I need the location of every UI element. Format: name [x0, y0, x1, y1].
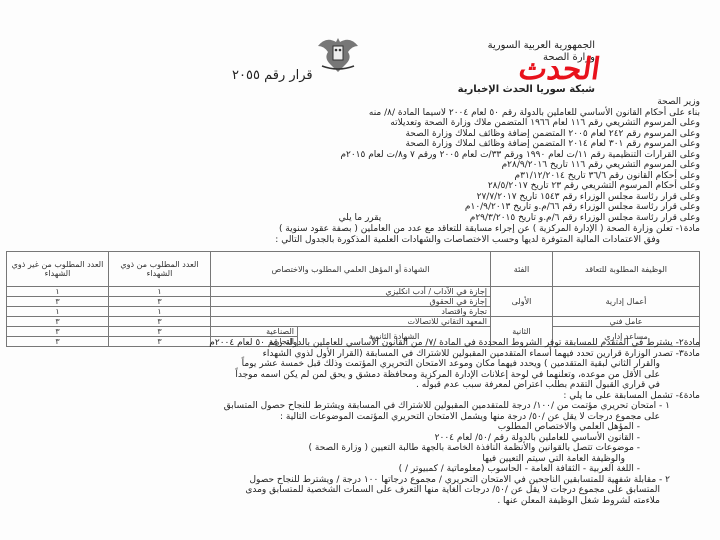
- cell-martyrs: ١: [109, 287, 211, 297]
- cell-job: عامل فني: [553, 317, 700, 327]
- article-line: المتسابق على مجموع درجات لا يقل عن /٥٠/ …: [20, 485, 700, 496]
- article-1: مادة١- تعلن وزارة الصحة ( الإدارة المركز…: [20, 224, 700, 245]
- cell-qualification: إجازة في الحقوق: [211, 297, 491, 307]
- cell-non-martyrs: ١: [7, 287, 109, 297]
- country-name: الجمهورية العربية السورية: [488, 40, 595, 52]
- header-martyrs: العدد المطلوب من ذوي الشهداء: [109, 252, 211, 287]
- article-line: على الأقل من موعده، وتعلنهما في لوحة إعل…: [20, 370, 700, 381]
- cell-non-martyrs: ١: [7, 307, 109, 317]
- cell-martyrs: ٣: [109, 317, 211, 327]
- preamble: وزير الصحة بناء على أحكام القانون الأساس…: [20, 97, 700, 223]
- decree-label: قرار رقم: [264, 68, 313, 83]
- table-row: مساعد إداري الشهادة الثانوية الصناعية ٣ …: [7, 327, 700, 337]
- decree-document: الجمهورية العربية السورية وزارة الصحة ال…: [0, 0, 720, 540]
- preamble-line: وزير الصحة: [20, 97, 700, 108]
- cell-non-martyrs: ٣: [7, 327, 109, 337]
- cell-job: أعمال إدارية: [553, 287, 700, 317]
- header-job: الوظيفة المطلوبة للتعاقد: [553, 252, 700, 287]
- article-line: مادة٤- تشمل المسابقة على ما يلي :: [20, 391, 700, 402]
- preamble-line: وعلى قرار رئاسة مجلس الوزراء رقم ٦٦/م.و …: [20, 202, 700, 213]
- cell-category: الأولى: [491, 287, 553, 317]
- preamble-line: وعلى أحكام المرسوم التشريعي رقم ٢٣ تاريخ…: [20, 181, 700, 192]
- article-line: - موضوعات تتصل بالقوانين والأنظمة النافذ…: [20, 443, 700, 454]
- header-qualification: الشهادة أو المؤهل العلمي المطلوب والاختص…: [211, 252, 491, 287]
- cell-qualification: تجارة واقتصاد: [211, 307, 491, 317]
- decree-number: ٢٠٥٥: [232, 68, 260, 83]
- decree-title: قرار رقم ٢٠٥٥: [232, 68, 313, 83]
- cell-qualification: إجازة في الآداب / أدب انكليزي: [211, 287, 491, 297]
- watermark-logo: الحدث: [517, 52, 603, 87]
- article-line: وفق الاعتمادات المالية المتوفرة لديها وح…: [20, 235, 700, 246]
- article-line: - المؤهل العلمي والاختصاص المطلوب: [20, 422, 700, 433]
- article-line: ملاءمته لشروط شغل الوظيفة المعلن عنها .: [20, 496, 700, 507]
- header-category: الفئة: [491, 252, 553, 287]
- article-line: على مجموع درجات لا يقل عن /٥٠/ درجة منها…: [20, 412, 700, 423]
- article-line: مادة٢- يشترط في المتقدم للمسابقة توفر ال…: [20, 338, 700, 349]
- preamble-line: وعلى أحكام القانون رقم ٣٦/٦ تاريخ ٣١/١٢/…: [20, 171, 700, 182]
- preamble-line: وعلى المرسوم رقم ٣٠١ لعام ٢٠١٤ المتضمن إ…: [20, 139, 700, 150]
- table-row: عامل فني الثانية المعهد التقاني للاتصالا…: [7, 317, 700, 327]
- eagle-emblem-icon: [316, 32, 360, 74]
- preamble-line: وعلى المرسوم رقم ٢٤٢ لعام ٢٠٠٥ المتضمن إ…: [20, 129, 700, 140]
- article-line: في قراري القبول التقدم بطلب اعتراض لمعرف…: [20, 380, 700, 391]
- table-header-row: الوظيفة المطلوبة للتعاقد الفئة الشهادة أ…: [7, 252, 700, 287]
- cell-non-martyrs: ٣: [7, 317, 109, 327]
- cell-qualification: المعهد التقاني للاتصالات: [211, 317, 491, 327]
- preamble-line: وعلى المرسوم التشريعي رقم ١١٦ تاريخ ٢٨/٩…: [20, 160, 700, 171]
- watermark-network-name: شبكة سوريا الحدث الإخبارية: [458, 84, 595, 95]
- preamble-line: بناء على أحكام القانون الأساسي للعاملين …: [20, 108, 700, 119]
- article-line: ٢ - مقابلة شفهية للمتسابقين الناجحين في …: [20, 475, 700, 486]
- cell-martyrs: ٣: [109, 327, 211, 337]
- cell-martyrs: ١: [109, 307, 211, 317]
- preamble-line: وعلى المرسوم التشريعي رقم ١١٦ لعام ١٩٦٦ …: [20, 118, 700, 129]
- decides-heading: يقرر ما يلي: [0, 213, 720, 223]
- header-non-martyrs: العدد المطلوب من غير ذوي الشهداء: [7, 252, 109, 287]
- article-line: مادة٣- تصدر الوزارة قرارين تحدد فيهما أس…: [20, 349, 700, 360]
- article-line: مادة١- تعلن وزارة الصحة ( الإدارة المركز…: [20, 224, 700, 235]
- articles-body: مادة٢- يشترط في المتقدم للمسابقة توفر ال…: [20, 338, 700, 506]
- article-line: - القانون الأساسي للعاملين بالدولة رقم /…: [20, 433, 700, 444]
- article-line: ١ - امتحان تحريري مؤتمت من /١٠٠/ درجة لل…: [20, 401, 700, 412]
- article-line: - اللغة العربية - الثقافة العامة - الحاس…: [20, 464, 700, 475]
- cell-sub: الصناعية: [211, 327, 298, 337]
- cell-non-martyrs: ٣: [7, 297, 109, 307]
- article-line: والقرار الثاني لبقية المتقدمين ) ويحدد ف…: [20, 359, 700, 370]
- preamble-line: وعلى القرارات التنظيمية رقم ١١/ت لعام ١٩…: [20, 150, 700, 161]
- article-line: والوظيفة العامة التي سيتم التعيين فيها: [20, 454, 700, 465]
- positions-table: الوظيفة المطلوبة للتعاقد الفئة الشهادة أ…: [6, 251, 700, 347]
- cell-martyrs: ٣: [109, 297, 211, 307]
- table-row: أعمال إدارية الأولى إجازة في الآداب / أد…: [7, 287, 700, 297]
- preamble-line: وعلى قرار رئاسة مجلس الوزراء رقم ١٥٤٣ تا…: [20, 192, 700, 203]
